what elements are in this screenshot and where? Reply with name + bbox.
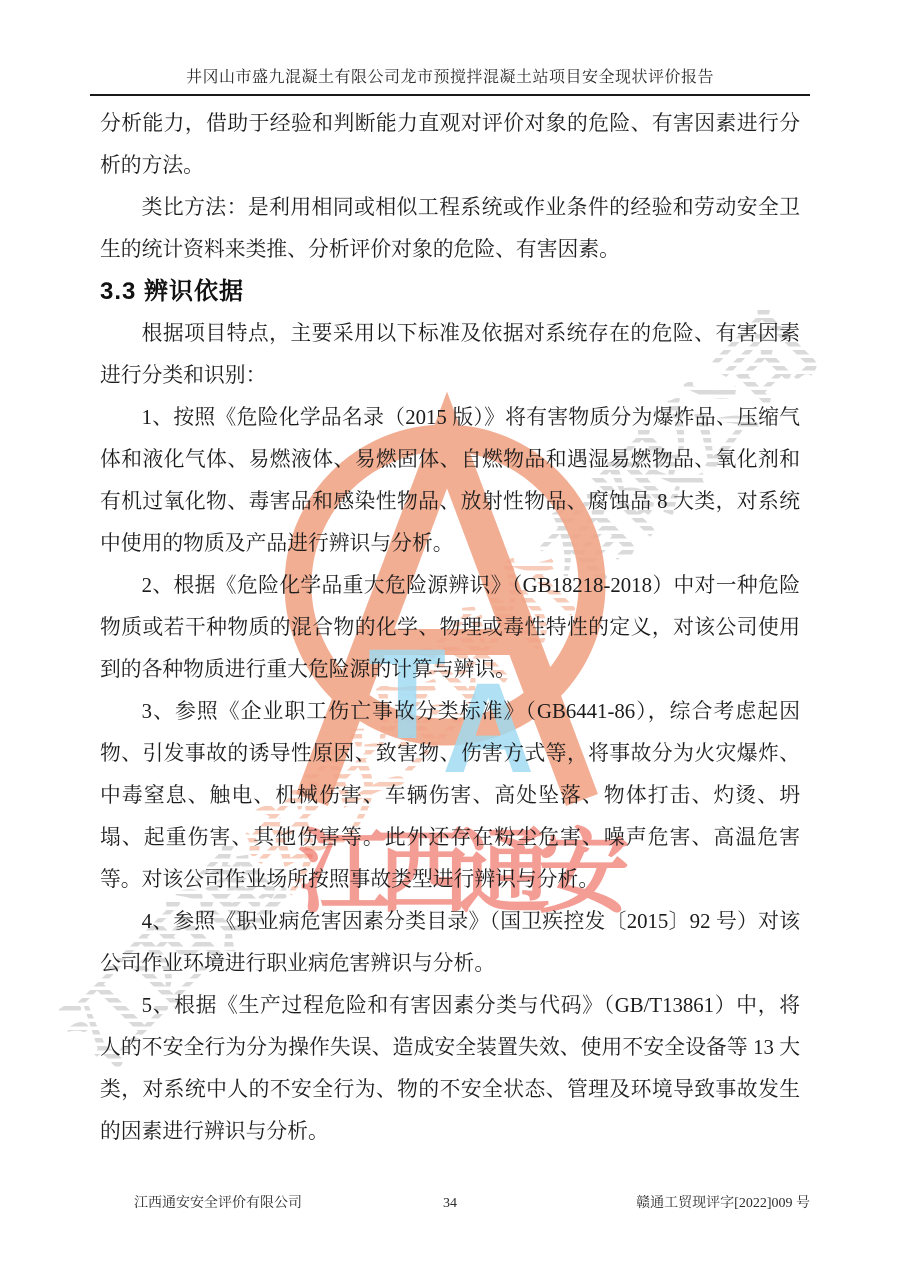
footer-company: 江西通安安全评价有限公司 bbox=[90, 1192, 443, 1212]
footer-page-number: 34 bbox=[443, 1196, 457, 1212]
header-title: 井冈山市盛九混凝土有限公司龙市预搅拌混凝土站项目安全现状评价报告 bbox=[186, 69, 714, 86]
list-item-2: 2、根据《危险化学品重大危险源辨识》（GB18218-2018）中对一种危险物质… bbox=[100, 565, 800, 691]
paragraph-continuation: 分析能力，借助于经验和判断能力直观对评价对象的危险、有害因素进行分析的方法。 bbox=[100, 103, 800, 187]
document-page: { "header": { "title": "井冈山市盛九混凝土有限公司龙市预… bbox=[0, 0, 900, 1274]
paragraph-analogy-method: 类比方法：是利用相同或相似工程系统或作业条件的经验和劳动安全卫生的统计资料来类推… bbox=[100, 187, 800, 271]
list-item-1: 1、按照《危险化学品名录（2015 版）》将有害物质分为爆炸品、压缩气体和液化气… bbox=[100, 397, 800, 565]
page-header: 井冈山市盛九混凝土有限公司龙市预搅拌混凝土站项目安全现状评价报告 bbox=[90, 64, 810, 96]
content-layer: 井冈山市盛九混凝土有限公司龙市预搅拌混凝土站项目安全现状评价报告 分析能力，借助… bbox=[0, 0, 900, 1274]
page-footer: 江西通安安全评价有限公司 34 赣通工贸现评字[2022]009 号 bbox=[90, 1192, 810, 1212]
section-heading: 3.3 辨识依据 bbox=[100, 271, 800, 313]
footer-doc-number: 赣通工贸现评字[2022]009 号 bbox=[457, 1192, 810, 1212]
list-item-3: 3、参照《企业职工伤亡事故分类标准》（GB6441-86），综合考虑起因物、引发… bbox=[100, 691, 800, 901]
list-item-4: 4、参照《职业病危害因素分类目录》（国卫疾控发〔2015〕92 号）对该公司作业… bbox=[100, 901, 800, 985]
list-item-5: 5、根据《生产过程危险和有害因素分类与代码》（GB/T13861）中，将人的不安… bbox=[100, 985, 800, 1153]
document-body: 分析能力，借助于经验和判断能力直观对评价对象的危险、有害因素进行分析的方法。 类… bbox=[100, 103, 800, 1153]
paragraph-intro: 根据项目特点，主要采用以下标准及依据对系统存在的危险、有害因素进行分类和识别： bbox=[100, 313, 800, 397]
